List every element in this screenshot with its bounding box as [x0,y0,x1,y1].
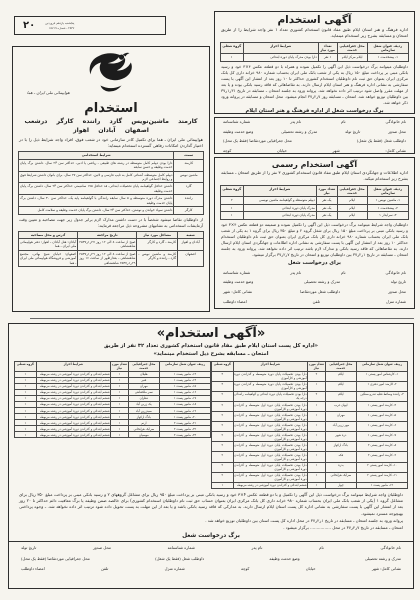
cell-job-title: ۷ـ کارمند امور پستی ۱ [357,432,408,442]
cell-requirements: دارا بودن تحصیلات پایان دوره اول متوسطه … [233,452,307,462]
cell-branch: اصفهان [178,250,204,266]
form-row: نشانی کامل:شهرخیابانکوچه [215,146,414,154]
column-header: مشاغل مورد نیاز [137,231,178,238]
table-row: ۲ـ پیشخدمت ۱ ایلام یک نفر مدرک پایان دور… [221,204,409,211]
cell-job-title: ۱ـ پیشخدمت ۱ [367,54,408,61]
cell-count: ۱ [308,422,326,432]
form-field-label: مدرک و رشته تحصیلی [304,280,340,285]
cell-requirements: داشتن حداقل گواهینامه پایان تحصیلات ابتد… [19,183,174,195]
column-header: محل جغرافیایی خدمت [128,361,159,371]
form-field-label: نام خانوادگی [380,546,401,551]
post-application-form: نام خانوادگینامنام پدرشماره شناسنامهمحل … [9,541,413,574]
cell-location: چوار [325,482,356,488]
cell-requirements: دارا بودن تحصیلات پایان دوره ابتدائی و گ… [233,391,307,401]
form-row: نام خانوادگینامنام پدرشماره شناسنامهمحل … [9,542,413,553]
table-row: اصفهان کارمند و ماشین نویس ـ گارد ـ رانن… [19,250,204,266]
cell-job-title: ۱ـ ماشین نویس ۱ [367,197,408,204]
cell-requirements: دارا بودن تحصیلات پایان دوره اول متوسطه … [233,402,307,412]
column-header: محل جغرافیایی خدمت [337,42,367,54]
cell-visit-date: صبح از ساعت ۸ الی ۱۲ روز ۲۷ر۱ر۲۵۳۷ شاهنش… [78,239,137,251]
column-header: آدرس و محل مصاحبه [19,231,78,238]
table-row: ۱ـ پیشخدمت ۱ ایلام مرکز ایلام ۱ نفر دارا… [221,54,409,61]
column-header: ردیف عنوان شغل سازمانی [367,42,408,54]
form-field-label: وضع خدمت وظیفه [269,557,299,562]
cell-requirements: دیپلم کامل متوسطه، آشنائی کامل به تایپ ف… [19,171,174,183]
cell-group: ۱ [221,204,244,211]
cell-requirements: دارا بودن تحصیلات پایان دوره اول متوسطه … [233,462,307,472]
column-header: تعداد مورد نیاز [318,42,337,54]
table-row: ۹ـ کارمند امور پستی ۲ فکه ۱ دارا بودن تح… [212,452,408,462]
cell-location: بدره [325,462,356,472]
cell-job-title: ۸ـ کارمند امور پستی ۲ [357,442,408,452]
ad-tourism-title: آگهی استخدام رسمی [215,160,414,169]
cell-jobs: کارمند و ماشین نویس ـ گارد ـ راننده و کا… [137,250,178,266]
cell-count: ۱ [308,432,326,442]
form-field-label: محل صدور [388,130,406,135]
cell-count: ۱ [308,462,326,472]
table-row: ۳ـ راننده وسائط نقلیه تندرو سنگین ایلام … [212,391,408,401]
table-header-row: ردیف عنوان شغل سازمانیمحل جغرافیایی خدمت… [221,185,409,197]
cell-location: مهر زرین آباد [325,422,356,432]
table-row: ۱۲ـ مامور پست ۱ چوار ۱ ششم ابتدائی و گذر… [212,482,408,488]
culture-application-form: نام خانوادگینامنام پدرشماره شناسنامه محل… [214,117,415,154]
cell-group: ۲ [212,391,234,401]
cell-requirements: مدرک پایان دوره ابتدائی [243,204,316,211]
cell-count: ۱ نفر [318,54,337,61]
table-row: ۲ـ کارمند امور دفتری ۱ ایلام ۱ دارا بودن… [212,381,408,391]
cell-group: ۲ [212,472,234,482]
column-header: تاریخ مراجعه [78,231,137,238]
cell-count: ۱ [308,402,326,412]
cell-position: ماشین نویس [174,171,204,183]
table-row: ۱ـ ماشین نویس ۱ ایلام یک نفر دیپلم متوسط… [221,197,409,204]
column-header: سمت [174,152,204,159]
cell-count: ۲ [308,391,326,401]
ad-culture-request-line: برگ درخواست شغل از اداره فرهنگ و هنر است… [215,108,414,114]
cell-position: گارد [174,183,204,195]
cell-group: ۳ [212,371,234,381]
form-field-label: خیابان [277,149,287,154]
cell-group: ۲ [212,412,234,422]
table-header-row: ردیف عنوان شغل سازمانیمحل جغرافیایی خدمت… [15,361,211,371]
table-row: ۱۱ـ کارمند امور پستی ۲ سرابک هرابخانی ۱ … [212,472,408,482]
cell-group: ۲ [212,402,234,412]
cell-address: آبادان: هتل آبادان ـ اهواز: دفتر هواپیما… [19,239,78,251]
ad-post-schedule2: امتحان ـ مسابقه در تاریخ ۷ر۲ر۳۷ در محل .… [19,525,403,532]
column-header: گروه شغلی [15,361,37,371]
page-number: ۲۰ [23,20,35,31]
form-field-label: نام پدر [290,271,301,276]
cell-requirements: دارا بودن تحصیلات پایان دوره اول متوسطه … [233,422,307,432]
table-row: ۶ـ کارمند امور پستی ۱ مهر زرین آباد ۱ دا… [212,422,408,432]
form-field-label: نام [341,271,346,276]
cell-requirements: دارا بودن تحصیلات پایان دوره اول متوسطه … [233,442,307,452]
airline-conditions-table: سمتشرایط استخدامی کارمند دارا بودن دیپلم… [18,151,204,214]
form-field-label: محل صدور [93,546,111,551]
cell-group: ۱ [221,212,244,219]
form-field-label: امضاء داوطلب [21,567,45,572]
table-row: ۱ـ کارشناس امور پستی ۱ ایلام ۲ دارا بودن… [212,371,408,381]
cell-requirements: دارا بودن تحصیلات پایان دوره متوسطه و گذ… [233,381,307,391]
column-header: شرایط احراز [243,185,316,197]
section-divider [30,318,414,319]
cell-count: ۱ [111,432,129,438]
ad-culture-box: آگهی استخدام اداره فرهنگ و هنر استان ایل… [214,11,415,114]
cell-location: ایلام [337,204,367,211]
ad-post-title: «آگهی استخدام» [9,326,413,341]
cell-requirements: ششم ابتدائی و گذراندن دوره آموزشی در رشت… [233,482,307,488]
form-field-label: داوطلب شغل موردتقاضا [300,290,340,295]
form-row: شماره منزلتلفنامضاء داوطلب [215,297,414,307]
form-field-label: شماره شناسنامه [168,546,195,551]
ad-post-intro-line2: امتحان ـ مسابقه بشرح ذیل استخدام مینماید… [23,350,399,358]
ad-post-box: «آگهی استخدام» «اداره کل پست استان ایلام… [8,323,414,589]
cell-job-title: ۵ـ کارمند امور پستی ۱ [357,412,408,422]
cell-job-title: ۳ـ راننده وسائط نقلیه تندرو سنگین [357,391,408,401]
form-field-label: داوطلب شغل (فقط یک شغل) [155,557,204,562]
cell-position: راننده [174,195,204,207]
table-row: ۱۰ـ کارمند امور پستی ۲ بدره ۱ دارا بودن … [212,462,408,472]
form-field-label: تلفن [313,300,320,305]
form-row: نام خانوادگینامنام پدرشماره شناسنامه [215,268,414,278]
form-row: محل صدورتاریخ تولدمدرک و رشته تحصیلیوضع … [215,127,414,137]
table-row: راننده داشتن مدرک دوره متوسطه و ۵ سال سا… [19,195,204,207]
form-row: داوطلب شغل (فقط یک شغل)محل جغرافیایی مور… [215,136,414,146]
cell-address: اصفهان: خیابان شیخ بهائی، مجتمع آموزشی و… [19,250,78,266]
cell-job-title: ۴ـ کارمند امور پستی ۱ [357,402,408,412]
cell-job-title: ۱۱ـ کارمند امور پستی ۲ [357,472,408,482]
ad-tourism-request-line: برای درخواست شغل [215,260,414,266]
table-header-row: شعبهمشاغل مورد نیازتاریخ مراجعهآدرس و مح… [19,231,204,238]
cell-group: ۱ [212,482,234,488]
masthead-date: پنجشنبه یازدهم فروردین ۲۵۳۷ ـ شماره ۱۵۷۱… [45,21,74,29]
column-header: شرایط احراز [233,361,307,371]
table-row: ۳ـ سرایدار ۱ ایلام یک نفر مدرک پایان دور… [221,212,409,219]
cell-location: سرابک هرابخانی [325,472,356,482]
cell-count: یک نفر [316,204,337,211]
column-header: ردیف عنوان شغل سازمانی [357,361,408,371]
column-header: تعداد مورد نیاز [111,361,129,371]
form-field-label: تلفن [101,567,108,572]
cell-requirements: دارا بودن تحصیلات پایان دوره اول متوسطه … [233,412,307,422]
column-header: شرایط احراز [243,42,318,54]
newspaper-page: ۲۰ پنجشنبه یازدهم فروردین ۲۵۳۷ ـ شماره ۱… [0,0,420,600]
table-row: گارد داشتن حداقل گواهینامه پایان تحصیلات… [19,183,204,195]
ad-airline-intro: هواپیمائی ملی ایران ـ هما برای تکمیل کاد… [19,137,203,150]
column-header: شرایط استخدامی [19,152,174,159]
cell-location: بادگ ارکواز [325,442,356,452]
post-jobs-table: ردیف عنوان شغل سازمانیمحل جغرافیایی خدمت… [14,361,408,489]
form-field-label: شماره شناسنامه [223,271,250,276]
form-row: نام خانوادگینامنام پدرشماره شناسنامه [215,118,414,127]
table-row: کارگر داشتن سواد خواندن و نوشتن، حداکثر … [19,207,204,214]
table-header-row: ردیف عنوان شغل سازمانیمحل جغرافیایی خدمت… [212,361,408,371]
cell-count: ۱ [308,472,326,482]
cell-job-title: ۱۲ـ مامور پست ۱ [357,482,408,488]
table-row: ماشین نویس دیپلم کامل متوسطه، آشنائی کام… [19,171,204,183]
form-field-label: مدرک و رشته تحصیلی [281,130,317,135]
form-field-label: تاریخ تولد [21,546,36,551]
homa-bird-logo-icon [78,51,144,95]
form-field-label: شماره منزل [165,567,185,572]
table-row: کارمند دارا بودن دیپلم کامل متوسطه در رش… [19,159,204,171]
ad-culture-table: ردیف عنوان شغل سازمانیمحل جغرافیایی خدمت… [220,42,409,62]
cell-group: ۲ [212,432,234,442]
ad-tourism-table: ردیف عنوان شغل سازمانیمحل جغرافیایی خدمت… [220,185,409,220]
table-row: ۸ـ کارمند امور پستی ۲ بادگ ارکواز ۱ دارا… [212,442,408,452]
form-field-label: محل جغرافیایی موردتقاضا (فقط یک محل) [223,139,292,144]
column-header: تعداد مورد نیاز [308,361,326,371]
form-field-label: نام پدر [290,120,301,125]
cell-group: ۲ [212,422,234,432]
cell-location: دره شهر [325,432,356,442]
cell-position: کارگر [174,207,204,214]
form-field-label: امضاء داوطلب [223,300,247,305]
cell-location: ایلام [337,212,367,219]
form-field-label: نشانی کامل: شهر [372,567,401,572]
cell-job-title: ۳ـ سرایدار ۱ [367,212,408,219]
form-field-label: مدرک و رشته تحصیلی [365,557,401,562]
post-table-right-half: ردیف عنوان شغل سازمانیمحل جغرافیایی خدمت… [211,361,408,489]
form-field-label: خیابان [306,567,316,572]
column-header: گروه شغلی [221,185,244,197]
column-header: گروه شغلی [221,42,244,54]
ad-post-conditions: داوطلبان واجد شرایط میتوانند برگ درخواست… [19,492,403,517]
cell-job-title: ۶ـ کارمند امور پستی ۱ [357,422,408,432]
masthead-date-line2: ۲۵۳۷ ـ شماره ۱۵۷۱۹ [49,26,74,30]
form-field-label: وضع خدمت وظیفه [223,130,253,135]
form-row: محل صدورداوطلب شغل موردتقاضانشانی کامل: … [215,287,414,297]
ad-post-request-title: برگ درخواست شغل [9,533,413,539]
table-row: ۲۳ـ مامور پست ۲ موسیان ۱ ششم ابتدائی و گ… [15,432,211,438]
cell-count: یک نفر [316,197,337,204]
cell-requirements: ششم ابتدائی و گذراندن دوره آموزشی در رشت… [36,432,110,438]
form-field-label: محل جغرافیایی موردتقاضا (فقط یک محل) [21,557,90,562]
cell-group: ۲ [221,197,244,204]
form-row: نشانی کامل: شهرخیابانکوچهشماره منزلتلفنا… [9,563,413,574]
cell-count: ۱ [308,442,326,452]
ad-tourism-conditions: داوطلبان واجد شرایط میتوانند برگ درخواست… [221,222,408,258]
form-field-label: شهر [333,149,340,154]
form-field-label: وضع خدمت وظیفه [223,280,253,285]
cell-location: ایلام [325,381,356,391]
ad-culture-intro: اداره فرهنگ و هنر استان ایلام طبق مفاد ق… [221,27,408,40]
form-field-label: تاریخ تولد [391,280,406,285]
form-field-label: شماره منزل [386,300,406,305]
cell-requirements: داشتن مدرک دوره متوسطه و ۵ سال سابقه ران… [19,195,174,207]
cell-count: ۱ [308,482,326,488]
cell-job-title: ۲ـ پیشخدمت ۱ [367,204,408,211]
cell-location: موسیان [128,432,159,438]
cell-group: ۲ [212,462,234,472]
cell-count: ۲ [308,371,326,381]
table-row: ۷ـ کارمند امور پستی ۱ دره شهر ۱ دارا بود… [212,432,408,442]
ad-airline-note: از داوطلبان تقاضا میشود شخصاً با در دست … [19,217,203,229]
form-row: تاریخ تولدمدرک و رشته تحصیلیوضع خدمت وظی… [215,277,414,287]
form-field-label: کوچه [241,567,249,572]
cell-job-title: ۱۰ـ کارمند امور پستی ۲ [357,462,408,472]
cell-requirements: دارا بودن تحصیلات پایان دوره اول متوسطه … [233,432,307,442]
cell-group: ۲ [212,452,234,462]
column-header: ردیف عنوان شغل سازمانی [160,361,211,371]
cell-requirements: دارا بودن مدرک پایان دوره ابتدائی [243,54,318,61]
cell-location: ایلام [337,197,367,204]
ad-culture-conditions: داوطلبان میتوانند برگ درخواست ذیل این آگ… [221,64,408,106]
form-row: مدرک و رشته تحصیلیوضع خدمت وظیفهداوطلب ش… [9,553,413,564]
cell-requirements: دیپلم متوسطه و گواهینامه ماشین نویسی [243,197,316,204]
form-field-label: نام پدر [252,546,263,551]
cell-count: یک نفر [316,212,337,219]
form-field-label: نشانی کامل: [385,149,406,154]
cell-requirements: داشتن سواد خواندن و نوشتن، حداکثر سن ۲۴ … [19,207,174,214]
cell-group: ۱ [221,54,244,61]
column-header: شرایط احراز [36,361,110,371]
form-field-label: نام خانوادگی [385,271,406,276]
ad-culture-title: آگهی استخدام [215,14,414,26]
post-table-left-half: ردیف عنوان شغل سازمانیمحل جغرافیایی خدمت… [14,361,211,489]
column-header: شعبه [178,231,204,238]
cell-branch: آبادان و اهواز [178,239,204,251]
cell-job-title: ۱ـ کارشناس امور پستی ۱ [357,371,408,381]
form-field-label: داوطلب شغل (فقط یک شغل) [357,139,406,144]
masthead-box: ۲۰ پنجشنبه یازدهم فروردین ۲۵۳۷ ـ شماره ۱… [14,16,166,35]
cell-location: ایلام [325,371,356,381]
ad-tourism-intro: اداره اطلاعات و جهانگردی استان ایلام طبق… [221,170,408,183]
cell-job-title: ۲ـ کارمند امور دفتری ۱ [357,381,408,391]
cell-count: ۱ [308,452,326,462]
table-header-row: سمتشرایط استخدامی [19,152,204,159]
cell-requirements: دارا بودن تحصیلات پایان دوره اول متوسطه … [233,472,307,482]
table-row: ۵ـ کارمند امور پستی ۱ مهران ۱ دارا بودن … [212,412,408,422]
table-row: آبادان و اهواز کارمند ـ گارد و کارگر صبح… [19,239,204,251]
column-header: گروه شغلی [212,361,234,371]
airline-jobs-line1: کارمند ماشین‌نویس گارد راننده کارگر درشع… [13,117,209,126]
cell-location: فکه [325,452,356,462]
form-field-label: نام [341,120,346,125]
cell-group: ۳ [212,381,234,391]
airline-jobs-line2: اصفهان آبادان اهواز [13,126,209,135]
form-field-label: کوچه [223,149,231,154]
cell-group: ۱ [15,432,37,438]
column-header: ردیف عنوان شغل سازمانی [367,185,408,197]
form-field-label: شماره شناسنامه [223,120,250,125]
form-field-label: تاریخ تولد [345,130,360,135]
form-field-label: محل صدور [388,290,406,295]
cell-visit-date: صبح از ساعت ۸ الی ۱۲ روز ۲۹ر۱ر۲۵۳۷ شاهنش… [78,250,137,266]
form-field-label: نام خانوادگی [385,120,406,125]
cell-job-title: ۲۳ـ مامور پست ۲ [160,432,211,438]
form-field-label: نام [319,546,324,551]
column-header: محل جغرافیایی خدمت [337,185,367,197]
cell-count: ۱ [308,381,326,391]
ad-tourism-box: آگهی استخدام رسمی اداره اطلاعات و جهانگر… [214,157,415,309]
ad-post-intro-line1: «اداره کل پست استان ایلام طبق مفاد قانون… [23,342,399,350]
column-header: محل جغرافیایی خدمت [325,361,356,371]
cell-requirements: دارا بودن تحصیلات پایان دوره متوسطه و گذ… [233,371,307,381]
cell-jobs: کارمند ـ گارد و کارگر [137,239,178,251]
ad-airline-box: هواپیمائی ملی ایران ـ هما استخدام کارمند… [12,46,210,312]
ad-airline-title: استخدام [13,101,209,116]
airline-branches-table: شعبهمشاغل مورد نیازتاریخ مراجعهآدرس و مح… [18,231,204,268]
form-field-label: نشانی کامل: شهر [223,290,252,295]
airline-logo-area: هواپیمائی ملی ایران ـ هما [13,47,209,99]
cell-requirements: دارا بودن دیپلم کامل متوسطه در رشته های … [19,159,174,171]
cell-count: ۱ [308,412,326,422]
table-row: ۴ـ کارمند امور پستی ۱ ایوان غرب ۱ دارا ب… [212,402,408,412]
airline-brand-caption: هواپیمائی ملی ایران ـ هما [27,90,70,95]
cell-location: ایلام [325,391,356,401]
cell-location: مهران [325,412,356,422]
table-header-row: ردیف عنوان شغل سازمانیمحل جغرافیایی خدمت… [221,42,409,54]
cell-position: کارمند [174,159,204,171]
column-header: تعداد مورد نیاز [316,185,337,197]
cell-job-title: ۹ـ کارمند امور پستی ۲ [357,452,408,462]
cell-requirements: مدرک پایان دوره ابتدائی [243,212,316,219]
cell-group: ۲ [212,442,234,452]
cell-location: ایوان غرب [325,402,356,412]
cell-location: ایلام مرکز ایلام [337,54,367,61]
